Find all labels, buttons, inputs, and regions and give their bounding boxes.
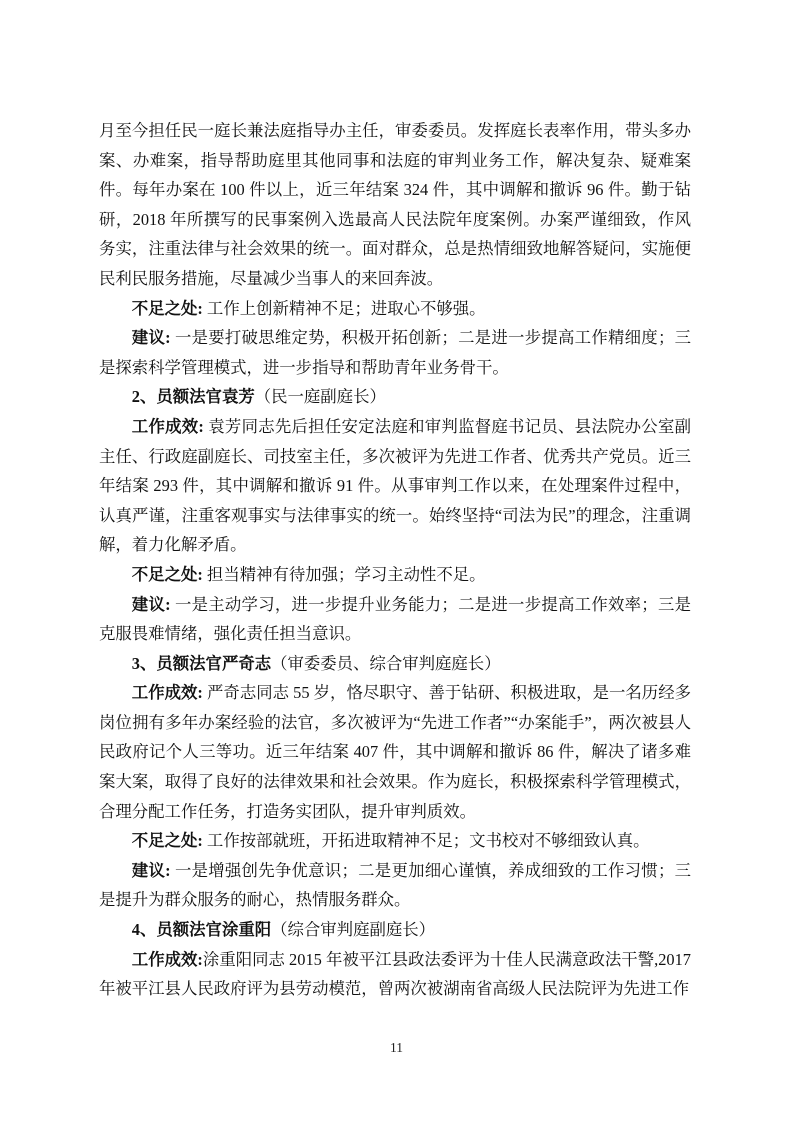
paragraph-text: 担当精神有待加强；学习主动性不足。 xyxy=(203,565,486,584)
paragraph-text: 工作上创新精神不足；进取心不够强。 xyxy=(203,299,486,318)
paragraph-suggestions-2: 建议: 一是主动学习，进一步提升业务能力；二是进一步提高工作效率；三是克服畏难情… xyxy=(99,590,691,649)
paragraph-label: 2、员额法官袁芳 xyxy=(132,387,255,406)
paragraph-achievements-3: 工作成效: 严奇志同志 55 岁，恪尽职守、善于钻研、积极进取，是一名历经多岗位… xyxy=(99,678,691,826)
paragraph-label: 建议: xyxy=(132,328,171,347)
paragraph-text: 严奇志同志 55 岁，恪尽职守、善于钻研、积极进取，是一名历经多岗位拥有多年办案… xyxy=(99,683,691,820)
paragraph-text: 工作按部就班，开拓进取精神不足；文书校对不够细致认真。 xyxy=(203,831,650,850)
paragraph-label: 不足之处: xyxy=(132,831,203,850)
paragraph-label: 4、员额法官涂重阳 xyxy=(132,920,271,939)
paragraph-label: 工作成效: xyxy=(132,950,203,969)
paragraph-text: 一是要打破思维定势，积极开拓创新；二是进一步提高工作精细度；三是探索科学管理模式… xyxy=(99,328,691,377)
paragraph-suggestions-3: 建议: 一是增强创先争优意识；二是更加细心谨慎，养成细致的工作习惯；三是提升为群… xyxy=(99,856,691,915)
paragraph-suggestions-1: 建议: 一是要打破思维定势，积极开拓创新；二是进一步提高工作精细度；三是探索科学… xyxy=(99,323,691,382)
paragraph-text: （综合审判庭副庭长） xyxy=(271,920,435,939)
paragraph-label: 工作成效: xyxy=(132,683,203,702)
paragraph-text: 一是主动学习，进一步提升业务能力；二是进一步提高工作效率；三是克服畏难情绪，强化… xyxy=(99,595,691,644)
paragraph-label: 不足之处: xyxy=(132,565,203,584)
paragraph-text: （审委委员、综合审判庭庭长） xyxy=(271,654,500,673)
paragraph-label: 不足之处: xyxy=(132,299,203,318)
paragraph-label: 建议: xyxy=(132,595,171,614)
paragraph-shortcomings-2: 不足之处: 担当精神有待加强；学习主动性不足。 xyxy=(99,560,691,590)
page-number: 11 xyxy=(0,1039,793,1057)
heading-judge-4: 4、员额法官涂重阳（综合审判庭副庭长） xyxy=(99,915,691,945)
paragraph-text: 一是增强创先争优意识；二是更加细心谨慎，养成细致的工作习惯；三是提升为群众服务的… xyxy=(99,861,691,910)
paragraph-shortcomings-1: 不足之处: 工作上创新精神不足；进取心不够强。 xyxy=(99,294,691,324)
paragraph-text: 月至今担任民一庭长兼法庭指导办主任，审委委员。发挥庭长表率作用，带头多办案、办难… xyxy=(99,121,691,288)
paragraph-label: 工作成效: xyxy=(132,417,204,436)
paragraph-shortcomings-3: 不足之处: 工作按部就班，开拓进取精神不足；文书校对不够细致认真。 xyxy=(99,826,691,856)
paragraph-achievements-4: 工作成效:涂重阳同志 2015 年被平江县政法委评为十佳人民满意政法干警,201… xyxy=(99,945,691,1004)
heading-judge-3: 3、员额法官严奇志（审委委员、综合审判庭庭长） xyxy=(99,649,691,679)
paragraph-text: （民一庭副庭长） xyxy=(255,387,386,406)
paragraph-label: 建议: xyxy=(132,861,171,880)
paragraph-text: 袁芳同志先后担任安定法庭和审判监督庭书记员、县法院办公室副主任、行政庭副庭长、司… xyxy=(99,417,691,554)
heading-judge-2: 2、员额法官袁芳（民一庭副庭长） xyxy=(99,382,691,412)
document-page: 月至今担任民一庭长兼法庭指导办主任，审委委员。发挥庭长表率作用，带头多办案、办难… xyxy=(0,0,793,1122)
paragraph-achievements-2: 工作成效: 袁芳同志先后担任安定法庭和审判监督庭书记员、县法院办公室副主任、行政… xyxy=(99,412,691,560)
paragraph-label: 3、员额法官严奇志 xyxy=(132,654,271,673)
document-body: 月至今担任民一庭长兼法庭指导办主任，审委委员。发挥庭长表率作用，带头多办案、办难… xyxy=(99,116,691,1004)
paragraph-continuation-judge-1: 月至今担任民一庭长兼法庭指导办主任，审委委员。发挥庭长表率作用，带头多办案、办难… xyxy=(99,116,691,294)
